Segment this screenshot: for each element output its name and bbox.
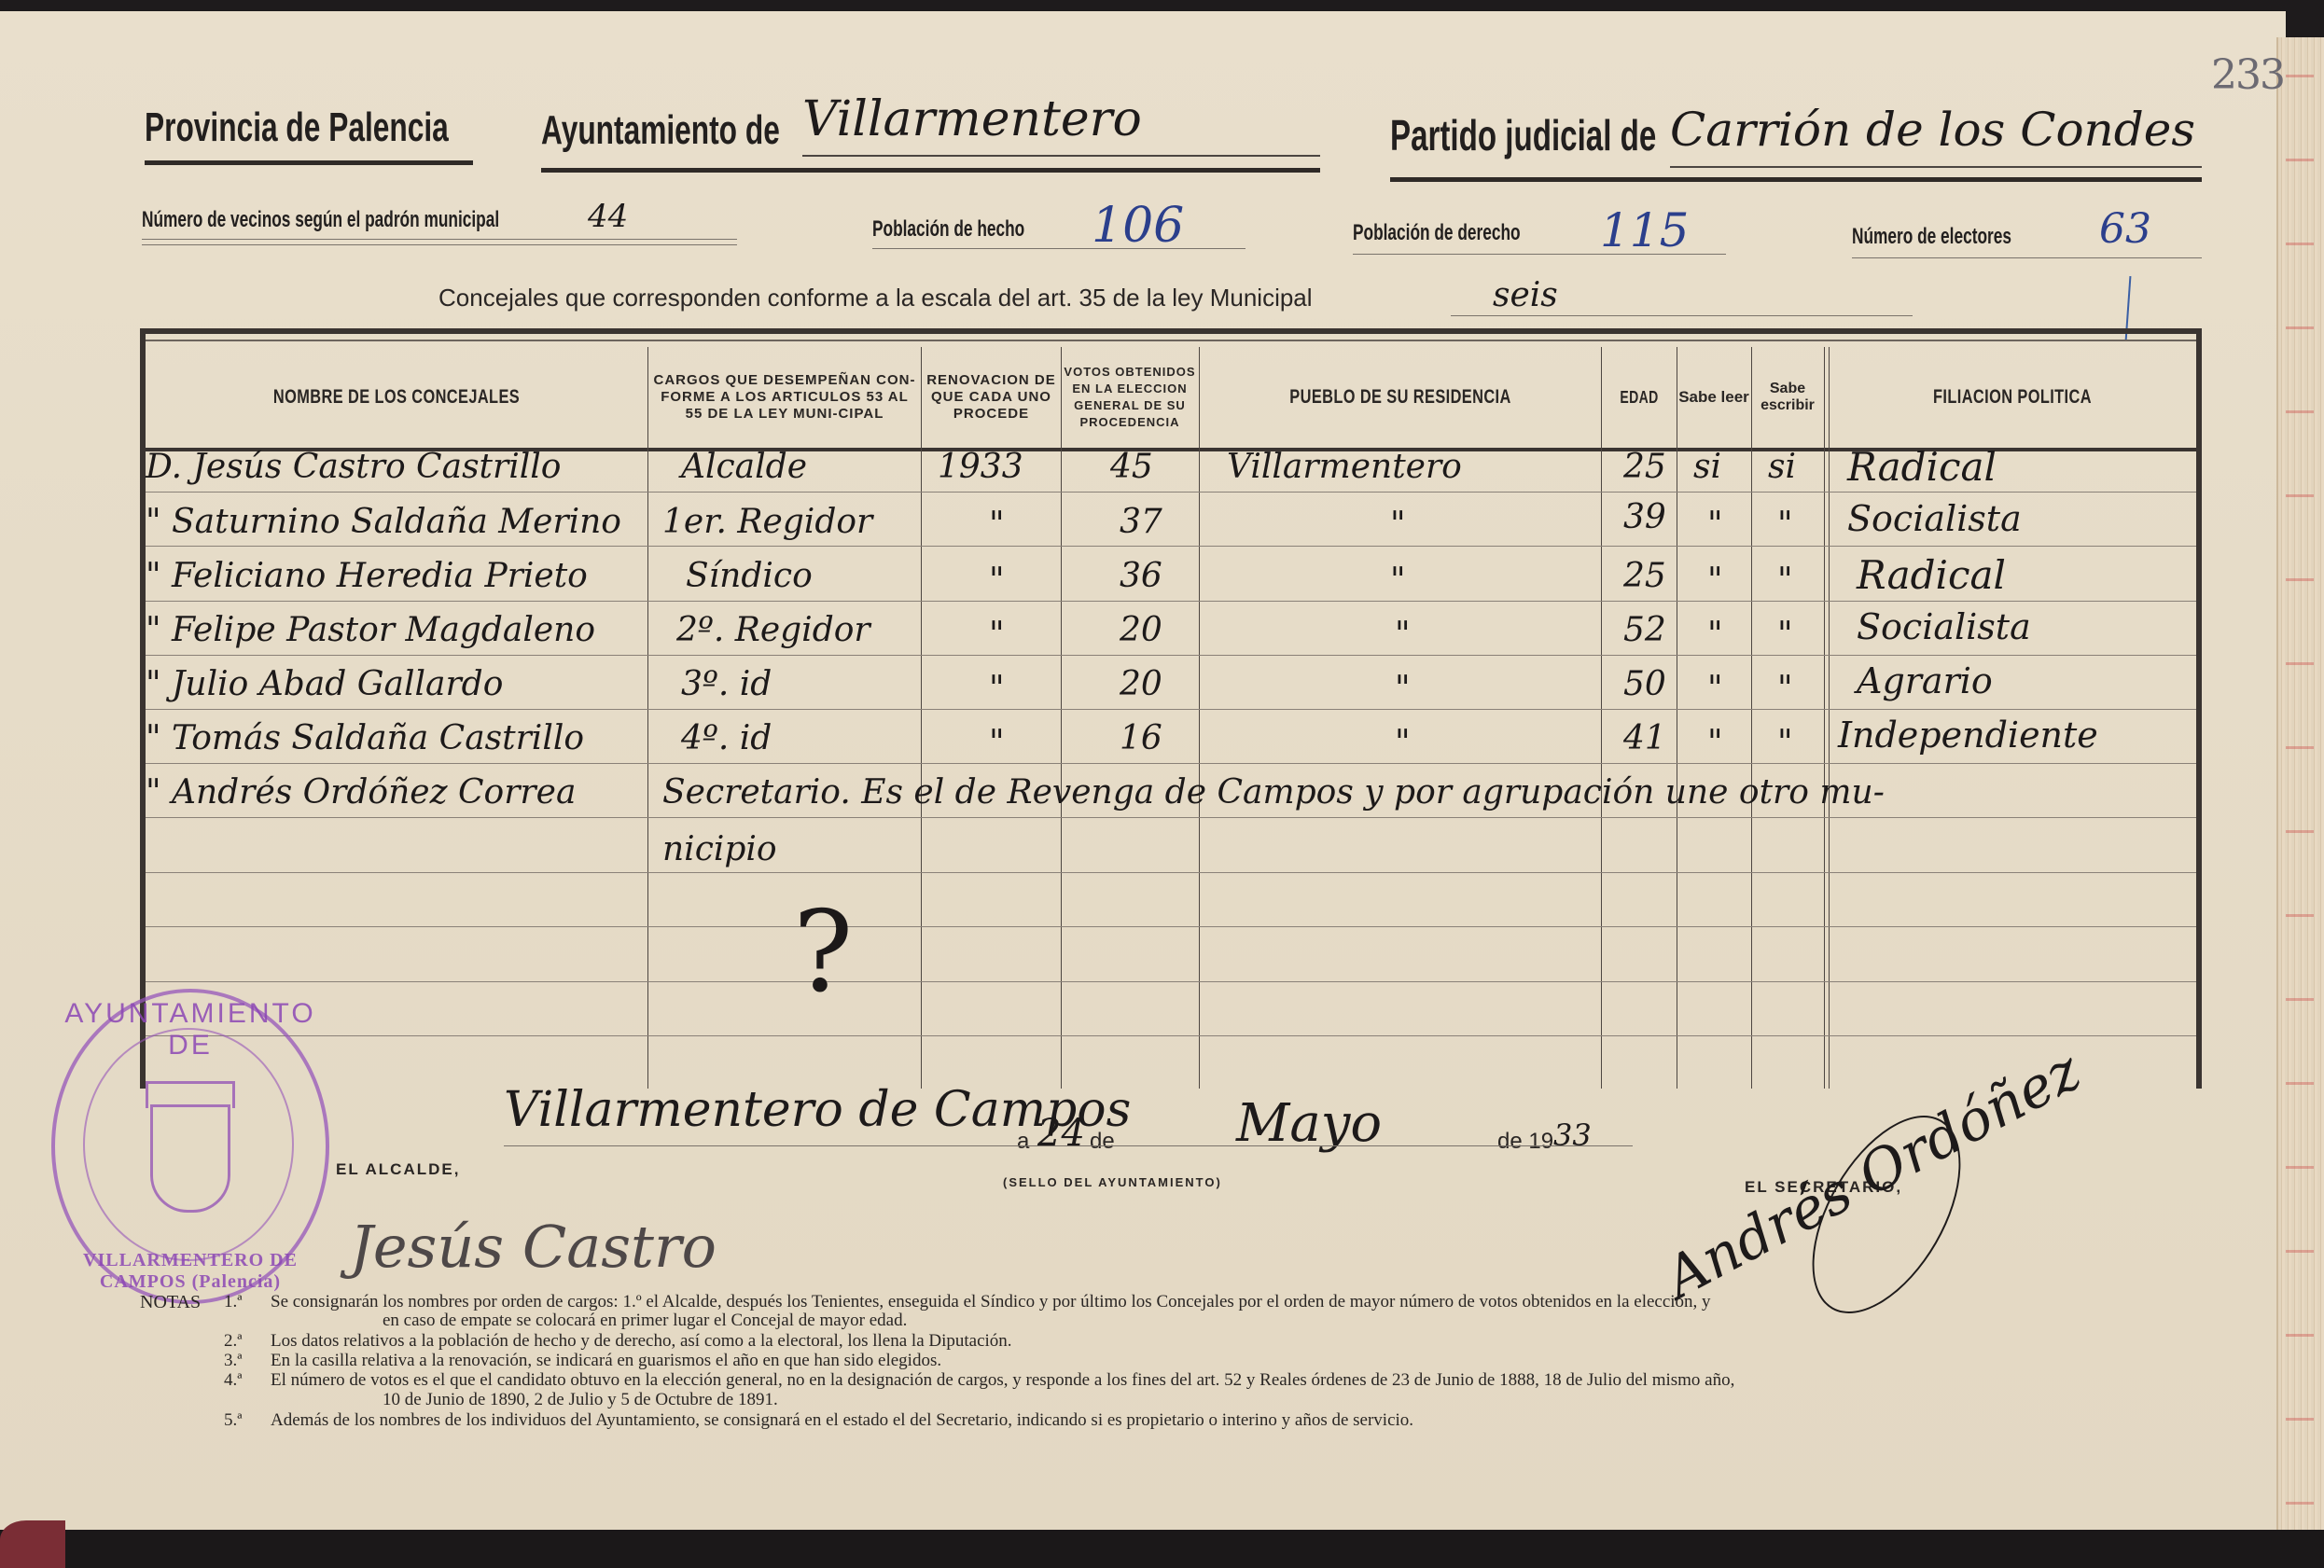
row-line: [146, 546, 2196, 547]
ayuntamiento-label: Ayuntamiento de: [541, 107, 780, 154]
row-6-renovacion: ": [989, 724, 1005, 762]
sello-label: (SELLO DEL AYUNTAMIENTO): [1003, 1175, 1222, 1189]
row-3-renovacion: ": [989, 562, 1005, 600]
row-6-nombre: " Tomás Saldaña Castrillo: [146, 719, 584, 757]
concejales-field-line: [1451, 315, 1913, 316]
row-4-nombre: " Felipe Pastor Magdaleno: [146, 611, 595, 649]
col-divider: [1824, 347, 1825, 1089]
row-5-cargo: 3º. id: [681, 665, 772, 703]
ayuntamiento-field-line: [802, 155, 1320, 157]
derecho-value: 115: [1600, 203, 1689, 257]
row-2-leer: ": [1707, 506, 1723, 544]
row-5-nombre: " Julio Abad Gallardo: [146, 665, 503, 703]
row-3-nombre: " Feliciano Heredia Prieto: [146, 557, 588, 595]
note-1-cont: en caso de empate se colocará en primer …: [383, 1311, 907, 1331]
row-2-escribir: ": [1777, 506, 1793, 544]
derecho-label: Población de derecho: [1353, 220, 1521, 246]
alcalde-label: EL ALCALDE,: [336, 1160, 460, 1179]
row-6-escribir: ": [1777, 724, 1793, 762]
row-5-renovacion: ": [989, 670, 1005, 708]
row-6-votos: 16: [1120, 719, 1162, 757]
vecinos-label: Número de vecinos según el padrón munici…: [142, 207, 499, 233]
row-3-votos: 36: [1120, 557, 1162, 595]
footer-de-label: de: [1090, 1129, 1115, 1155]
electores-line: [1852, 257, 2202, 258]
row-1-renovacion: 1933: [938, 448, 1023, 486]
row-line: [146, 709, 2196, 710]
row-5-escribir: ": [1777, 670, 1793, 708]
footer-a-label: a: [1017, 1129, 1029, 1155]
stamp-bottom-text: VILLARMENTERO DE CAMPOS (Palencia): [55, 1250, 326, 1293]
row-1-edad: 25: [1623, 448, 1666, 486]
hecho-value: 106: [1092, 198, 1184, 254]
col-divider: [1829, 347, 1830, 1089]
hecho-label: Población de hecho: [872, 216, 1024, 243]
row-1-votos: 45: [1110, 448, 1153, 486]
stamp-inner-ring: [83, 1028, 294, 1261]
table-top-border: [140, 328, 2202, 334]
row-4-escribir: ": [1777, 616, 1793, 654]
note-4-num: 4.ª: [224, 1370, 243, 1391]
row-3-edad: 25: [1623, 557, 1666, 595]
row-4-edad: 52: [1623, 611, 1666, 649]
note-2-num: 2.ª: [224, 1331, 243, 1352]
col-divider: [1199, 347, 1200, 1089]
row-4-pueblo: ": [1395, 616, 1411, 654]
row-5-edad: 50: [1623, 665, 1666, 703]
partido-underline: [1390, 177, 2202, 182]
row-5-filiacion: Agrario: [1857, 660, 1993, 701]
row-4-filiacion: Socialista: [1857, 606, 2031, 647]
page-number: 233: [2211, 51, 2284, 99]
row-1-filiacion: Radical: [1847, 444, 1997, 490]
note-3-num: 3.ª: [224, 1351, 243, 1371]
row-6-cargo: 4º. id: [681, 719, 772, 757]
ayuntamiento-underline: [541, 168, 1320, 173]
note-2-text: Los datos relativos a la población de he…: [271, 1331, 1012, 1352]
row-2-edad: 39: [1623, 498, 1666, 536]
row-1-leer: si: [1693, 448, 1721, 486]
row-6-filiacion: Independiente: [1838, 715, 2098, 756]
row-4-cargo: 2º. Regidor: [676, 611, 870, 649]
ayuntamiento-value: Villarmentero: [802, 91, 1142, 147]
row-line: [146, 492, 2196, 493]
note-5-num: 5.ª: [224, 1410, 243, 1431]
hecho-line: [872, 248, 1245, 249]
row-5-votos: 20: [1120, 665, 1162, 703]
row-3-leer: ": [1707, 562, 1723, 600]
vecinos-line: [142, 239, 737, 240]
row-2-pueblo: ": [1390, 506, 1406, 544]
table-right-border: [2196, 328, 2202, 1089]
closing-flourish-mark: ?: [793, 888, 853, 1018]
row-1-escribir: si: [1768, 448, 1796, 486]
row-2-nombre: " Saturnino Saldaña Merino: [146, 503, 621, 541]
row-2-renovacion: ": [989, 506, 1005, 544]
row-line: [146, 601, 2196, 602]
row-line: [146, 817, 2196, 818]
row-3-cargo: Síndico: [686, 557, 813, 595]
row-line: [146, 926, 2196, 927]
col-divider: [1061, 347, 1062, 1089]
partido-label: Partido judicial de: [1390, 110, 1656, 160]
header-renovacion: RENOVACION DE QUE CADA UNO PROCEDE: [924, 347, 1059, 448]
col-divider: [1677, 347, 1677, 1089]
partido-field-line: [1670, 166, 2202, 168]
concejales-table: NOMBRE DE LOS CONCEJALES CARGOS QUE DESE…: [140, 328, 2202, 1089]
notes-title: NOTAS: [140, 1292, 201, 1313]
vecinos-value: 44: [588, 198, 628, 235]
row-5-pueblo: ": [1395, 670, 1411, 708]
note-5-text: Además de los nombres de los individuos …: [271, 1410, 1413, 1431]
footer-year-suffix: 33: [1553, 1117, 1592, 1153]
row-3-pueblo: ": [1390, 562, 1406, 600]
concejales-value: seis: [1493, 276, 1558, 314]
row-line: [146, 655, 2196, 656]
alcalde-signature: Jesús Castro: [350, 1213, 717, 1281]
row-3-filiacion: Radical: [1857, 552, 2006, 598]
note-1-text: Se consignarán los nombres por orden de …: [271, 1292, 1711, 1312]
partido-value: Carrión de los Condes: [1670, 103, 2195, 157]
concejales-label: Concejales que corresponden conforme a l…: [438, 284, 1313, 312]
row-6-pueblo: ": [1395, 724, 1411, 762]
row-line: [146, 763, 2196, 764]
row-2-cargo: 1er. Regidor: [662, 503, 872, 541]
electores-label: Número de electores: [1852, 224, 2011, 250]
provincia-label: Provincia de Palencia: [145, 104, 449, 151]
row-1-cargo: Alcalde: [681, 448, 807, 486]
header-escribir: Sabe escribir: [1752, 347, 1823, 448]
row-line: [146, 1035, 2196, 1036]
electores-value: 63: [2099, 205, 2151, 253]
note-3-text: En la casilla relativa a la renovación, …: [271, 1351, 941, 1371]
note-4-cont: 10 de Junio de 1890, 2 de Julio y 5 de O…: [383, 1390, 778, 1410]
row-4-renovacion: ": [989, 616, 1005, 654]
footer-year-prefix: de 19: [1497, 1129, 1553, 1155]
table-top-border-inner: [146, 340, 2196, 341]
footer-date-line: [504, 1145, 1633, 1146]
header-pueblo: PUEBLO DE SU RESIDENCIA: [1245, 347, 1555, 448]
header-filiacion: FILIACION POLITICA: [1871, 347, 2154, 448]
row-2-filiacion: Socialista: [1847, 498, 2022, 539]
provincia-underline: [145, 160, 473, 165]
book-cover-corner: [0, 1520, 65, 1568]
row-4-leer: ": [1707, 616, 1723, 654]
municipal-stamp: AYUNTAMIENTO DE VILLARMENTERO DE CAMPOS …: [51, 989, 329, 1304]
note-4-text: El número de votos es el que el candidat…: [271, 1370, 1734, 1391]
stamp-top-text: AYUNTAMIENTO DE: [55, 998, 326, 1062]
note-1-num: 1.ª: [224, 1292, 243, 1312]
row-5-leer: ": [1707, 670, 1723, 708]
derecho-line: [1353, 254, 1726, 255]
footer-day: 24: [1037, 1112, 1085, 1155]
row-7-note-line-1: Secretario. Es el de Revenga de Campos y…: [662, 773, 1885, 812]
header-edad: EDAD: [1611, 347, 1668, 448]
row-6-leer: ": [1707, 724, 1723, 762]
row-3-escribir: ": [1777, 562, 1793, 600]
book-shadow: [0, 1530, 2324, 1568]
book-page-edges: [2276, 37, 2324, 1539]
vecinos-line-2: [142, 244, 737, 245]
row-7-note-line-2: nicipio: [662, 830, 777, 868]
row-line: [146, 872, 2196, 873]
header-cargos: CARGOS QUE DESEMPEÑAN CON-FORME A LOS AR…: [651, 347, 918, 448]
row-7-nombre: " Andrés Ordóñez Correa: [146, 773, 576, 812]
row-6-edad: 41: [1623, 719, 1666, 757]
header-nombre: NOMBRE DE LOS CONCEJALES: [201, 347, 592, 448]
header-leer: Sabe leer: [1677, 347, 1750, 448]
col-divider: [1601, 347, 1602, 1089]
stamp-coat-of-arms-icon: [150, 1104, 230, 1213]
col-divider: [647, 347, 648, 1089]
row-4-votos: 20: [1120, 611, 1162, 649]
col-divider: [1751, 347, 1752, 1089]
header-votos: VOTOS OBTENIDOS EN LA ELECCION GENERAL D…: [1064, 347, 1196, 448]
row-2-votos: 37: [1120, 503, 1162, 541]
row-1-nombre: D. Jesús Castro Castrillo: [146, 448, 561, 486]
row-line: [146, 981, 2196, 982]
row-1-pueblo: Villarmentero: [1227, 448, 1462, 486]
col-divider: [921, 347, 922, 1089]
